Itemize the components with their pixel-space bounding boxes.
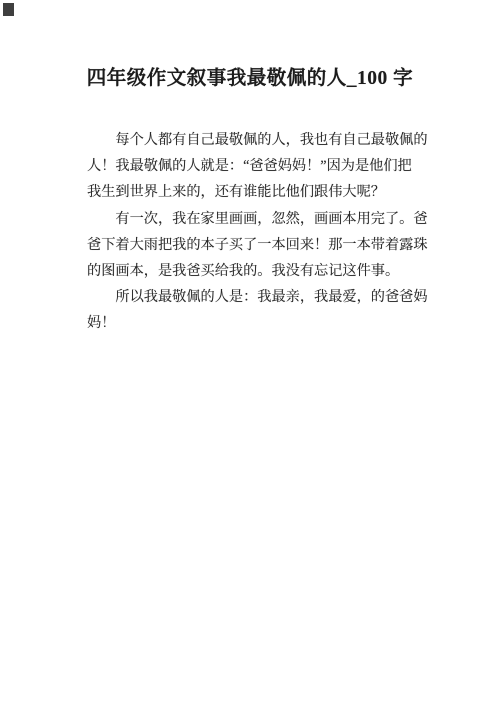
- essay-line-5: 爸下着大雨把我的本子买了一本回来！那一本带着露珠: [87, 232, 433, 258]
- essay-title: 四年级作文叙事我最敬佩的人_100 字: [0, 62, 500, 90]
- essay-line-4: 有一次，我在家里画画，忽然，画画本用完了。爸: [87, 206, 433, 232]
- essay-line-3: 我生到世界上来的，还有谁能比他们跟伟大呢？: [87, 179, 433, 205]
- essay-line-6: 的图画本，是我爸买给我的。我没有忘记这件事。: [87, 258, 433, 284]
- essay-line-7: 所以我最敬佩的人是：我最亲，我最爱，的爸爸妈: [87, 284, 433, 310]
- essay-line-8: 妈！: [87, 310, 433, 336]
- corner-mark: [3, 3, 14, 16]
- essay-line-1: 每个人都有自己最敬佩的人，我也有自己最敬佩的: [87, 127, 433, 153]
- document-page: 四年级作文叙事我最敬佩的人_100 字 每个人都有自己最敬佩的人，我也有自己最敬…: [0, 0, 500, 708]
- essay-line-2: 人！我最敬佩的人就是：“爸爸妈妈！”因为是他们把: [87, 153, 433, 179]
- essay-body: 每个人都有自己最敬佩的人，我也有自己最敬佩的 人！我最敬佩的人就是：“爸爸妈妈！…: [87, 127, 433, 337]
